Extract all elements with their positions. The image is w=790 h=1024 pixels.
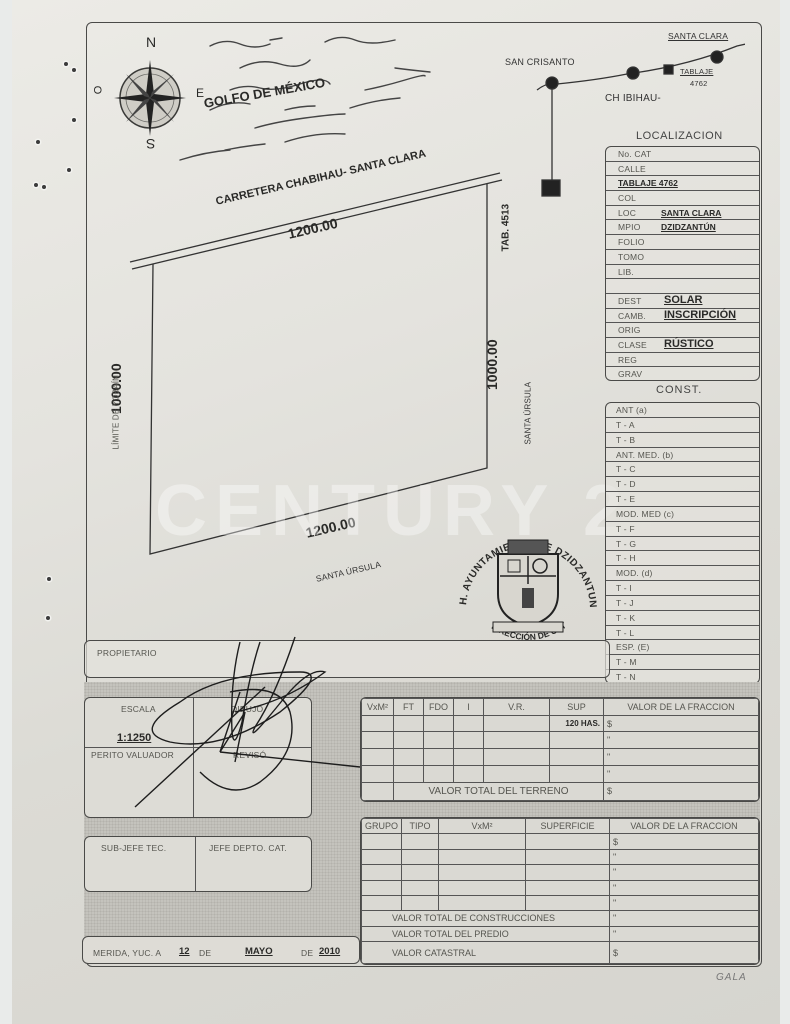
construcciones-cell [439, 880, 526, 895]
const-row-label: T - E [616, 494, 635, 504]
fecha-de2: DE [301, 948, 313, 958]
const-row-label: ANT (a) [616, 405, 647, 415]
localizacion-row-label: CAMB. [618, 311, 646, 321]
construcciones-cell [402, 849, 439, 864]
terreno-cell [454, 765, 484, 782]
const-row-label: T - K [616, 613, 635, 623]
terreno-cell [550, 732, 604, 749]
construcciones-cell [526, 834, 610, 849]
const-row-label: T - I [616, 583, 632, 593]
firmas-box: SUB-JEFE TEC. JEFE DEPTO. CAT. [84, 836, 312, 892]
boundary-northeast: TAB. 4513 [501, 204, 512, 252]
const-row-label: T - D [616, 479, 636, 489]
compass-north: N [146, 34, 156, 50]
const-title: CONST. [656, 384, 702, 396]
terreno-cell [454, 732, 484, 749]
localizacion-row: GRAV [606, 367, 759, 382]
construcciones-cell: " [610, 865, 759, 880]
construcciones-cell [402, 880, 439, 895]
const-row: T - K [606, 611, 759, 626]
boundary-west: LÍMITE DE YOBAÍN [112, 375, 121, 450]
terreno-cell [394, 765, 424, 782]
localizacion-row [606, 279, 759, 294]
construcciones-cell [402, 834, 439, 849]
localizacion-row: LOCSANTA CLARA [606, 206, 759, 221]
const-row: ESP. (E) [606, 640, 759, 655]
terreno-cell [550, 765, 604, 782]
construcciones-table: GRUPOTIPOVxM²SUPERFICIEVALOR DE LA FRACC… [360, 817, 760, 965]
localizacion-row: CAMB.INSCRIPCIÓN [606, 309, 759, 324]
construcciones-cell [362, 849, 402, 864]
const-row: T - C [606, 462, 759, 477]
signature-scribble [120, 632, 370, 812]
construcciones-header: TIPO [402, 819, 439, 834]
construcciones-cell [439, 849, 526, 864]
localizacion-row: MPIODZIDZANTÚN [606, 220, 759, 235]
town-santa-clara: SANTA CLARA [668, 31, 728, 41]
localizacion-row-label: GRAV [618, 369, 642, 379]
terreno-table: VxM²FTFDOIV.R.SUPVALOR DE LA FRACCION120… [360, 697, 760, 802]
tablaje-number: 4762 [690, 79, 708, 88]
localizacion-row-label: CLASE [618, 340, 647, 350]
punch-hole [46, 616, 50, 620]
terreno-cell: 120 HAS. [550, 715, 604, 732]
printer-mark: GALA [716, 972, 747, 983]
const-row-label: T - L [616, 628, 634, 638]
terreno-header: SUP [550, 699, 604, 716]
const-row: T - H [606, 551, 759, 566]
terreno-grid: VxM²FTFDOIV.R.SUPVALOR DE LA FRACCION120… [361, 698, 759, 801]
terreno-header: I [454, 699, 484, 716]
terreno-header: VALOR DE LA FRACCION [604, 699, 759, 716]
const-row: ANT (a) [606, 403, 759, 418]
fecha-day: 12 [179, 946, 190, 957]
localizacion-row-label: LIB. [618, 267, 634, 277]
localizacion-row-label: REG [618, 355, 637, 365]
localizacion-row: CLASERÚSTICO [606, 338, 759, 353]
terreno-header: FT [394, 699, 424, 716]
const-row-label: ANT. MED. (b) [616, 450, 673, 460]
punch-hole [67, 168, 71, 172]
localizacion-row-label: ORIG [618, 325, 641, 335]
construcciones-cell: " [610, 895, 759, 910]
construcciones-summary-label: VALOR CATASTRAL [362, 942, 610, 964]
localizacion-row-value: SANTA CLARA [661, 208, 721, 218]
fecha-de1: DE [199, 948, 211, 958]
const-row: MOD. MED (c) [606, 507, 759, 522]
town-chabihau: CH IBIHAU- [605, 93, 661, 104]
construcciones-cell [526, 895, 610, 910]
const-row-label: T - J [616, 598, 634, 608]
localizacion-table: No. CATCALLETABLAJE 4762COLLOCSANTA CLAR… [605, 146, 760, 381]
const-row: ANT. MED. (b) [606, 448, 759, 463]
dimension-east: 1000.00 [484, 339, 500, 390]
const-row-label: T - H [616, 553, 636, 563]
const-row: T - J [606, 596, 759, 611]
const-row-label: T - M [616, 657, 637, 667]
const-row: T - G [606, 537, 759, 552]
punch-hole [47, 577, 51, 581]
terreno-cell [424, 715, 454, 732]
const-row: T - A [606, 418, 759, 433]
boundary-east: SANTA ÚRSULA [524, 382, 533, 445]
localizacion-row-value: INSCRIPCIÓN [664, 309, 736, 321]
const-row: T - M [606, 655, 759, 670]
construcciones-cell [439, 865, 526, 880]
construcciones-cell [439, 834, 526, 849]
fecha-month: MAYO [245, 946, 273, 957]
construcciones-cell [526, 849, 610, 864]
localizacion-row: TOMO [606, 250, 759, 265]
localizacion-row-label: CALLE [618, 164, 646, 174]
const-row: T - E [606, 492, 759, 507]
localizacion-row-label: TOMO [618, 252, 644, 262]
punch-hole [64, 62, 68, 66]
const-row: T - I [606, 581, 759, 596]
punch-hole [34, 183, 38, 187]
const-row: T - L [606, 626, 759, 641]
localizacion-row-value: RÚSTICO [664, 338, 714, 350]
localizacion-row: FOLIO [606, 235, 759, 250]
punch-hole [42, 185, 46, 189]
const-row-label: MOD. (d) [616, 568, 653, 578]
compass-south: S [146, 136, 155, 152]
localizacion-row: CALLE [606, 162, 759, 177]
const-row-label: T - B [616, 435, 635, 445]
terreno-cell [394, 749, 424, 766]
punch-hole [72, 118, 76, 122]
fecha-year: 2010 [319, 946, 340, 957]
const-table: ANT (a)T - AT - BANT. MED. (b)T - CT - D… [605, 402, 760, 684]
construcciones-header: VALOR DE LA FRACCION [610, 819, 759, 834]
construcciones-summary-value: " [610, 926, 759, 941]
const-row: T - B [606, 433, 759, 448]
terreno-cell [394, 732, 424, 749]
localizacion-row-value: TABLAJE 4762 [618, 178, 678, 188]
terreno-cell [424, 749, 454, 766]
localizacion-row-value: DZIDZANTÚN [661, 222, 716, 232]
terreno-cell [550, 749, 604, 766]
fecha-prefix: MERIDA, YUC. A [93, 948, 161, 958]
compass-west: O [92, 86, 104, 95]
terreno-cell [484, 765, 550, 782]
terreno-cell [454, 715, 484, 732]
construcciones-cell [402, 895, 439, 910]
punch-hole [36, 140, 40, 144]
terreno-cell: " [604, 732, 759, 749]
construcciones-grid: GRUPOTIPOVxM²SUPERFICIEVALOR DE LA FRACC… [361, 818, 759, 964]
terreno-cell [362, 765, 394, 782]
terreno-cell [362, 715, 394, 732]
construcciones-cell [526, 865, 610, 880]
terreno-cell: $ [604, 715, 759, 732]
terreno-cell [484, 732, 550, 749]
construcciones-summary-value: $ [610, 942, 759, 964]
localizacion-row: LIB. [606, 265, 759, 280]
construcciones-summary-value: " [610, 911, 759, 926]
terreno-total-value: $ [604, 782, 759, 800]
localizacion-row-label: DEST [618, 296, 641, 306]
town-san-crisanto: SAN CRISANTO [505, 57, 575, 67]
construcciones-cell: " [610, 880, 759, 895]
terreno-cell [424, 765, 454, 782]
terreno-cell [484, 749, 550, 766]
fecha-box: MERIDA, YUC. A 12 DE MAYO DE 2010 [82, 936, 360, 964]
const-row-label: T - G [616, 539, 636, 549]
const-row-label: T - A [616, 420, 635, 430]
terreno-cell: " [604, 749, 759, 766]
localizacion-row-value: SOLAR [664, 294, 703, 306]
terreno-cell [454, 749, 484, 766]
punch-hole [72, 68, 76, 72]
construcciones-header: GRUPO [362, 819, 402, 834]
construcciones-summary-label: VALOR TOTAL DE CONSTRUCCIONES [362, 911, 610, 926]
localizacion-row-label: MPIO [618, 222, 641, 232]
terreno-header: FDO [424, 699, 454, 716]
localizacion-row: DESTSOLAR [606, 294, 759, 309]
localizacion-row-label: LOC [618, 208, 636, 218]
localizacion-row: TABLAJE 4762 [606, 176, 759, 191]
localizacion-title: LOCALIZACION [636, 130, 723, 142]
terreno-cell [394, 715, 424, 732]
const-row-label: MOD. MED (c) [616, 509, 674, 519]
terreno-cell [362, 732, 394, 749]
construcciones-cell: " [610, 849, 759, 864]
const-row: T - D [606, 477, 759, 492]
terreno-total-label: VALOR TOTAL DEL TERRENO [394, 782, 604, 800]
jefe-depto-label: JEFE DEPTO. CAT. [209, 843, 287, 853]
terreno-cell [484, 715, 550, 732]
terreno-cell: " [604, 765, 759, 782]
const-row: T - F [606, 522, 759, 537]
const-row: MOD. (d) [606, 566, 759, 581]
construcciones-cell [362, 895, 402, 910]
construcciones-header: SUPERFICIE [526, 819, 610, 834]
terreno-cell [424, 732, 454, 749]
localizacion-row: No. CAT [606, 147, 759, 162]
tablaje-label: TABLAJE [680, 67, 713, 76]
construcciones-cell [402, 865, 439, 880]
const-row-label: T - C [616, 464, 636, 474]
construcciones-cell [439, 895, 526, 910]
localizacion-row-label: No. CAT [618, 149, 651, 159]
construcciones-cell [362, 834, 402, 849]
construcciones-header: VxM² [439, 819, 526, 834]
localizacion-row: ORIG [606, 323, 759, 338]
localizacion-row: REG [606, 353, 759, 368]
const-row-label: T - F [616, 524, 635, 534]
terreno-cell [362, 749, 394, 766]
construcciones-cell [362, 865, 402, 880]
construcciones-cell [526, 880, 610, 895]
construcciones-cell: $ [610, 834, 759, 849]
const-row-label: ESP. (E) [616, 642, 650, 652]
construcciones-summary-label: VALOR TOTAL DEL PREDIO [362, 926, 610, 941]
construcciones-cell [362, 880, 402, 895]
terreno-header: V.R. [484, 699, 550, 716]
sub-jefe-label: SUB-JEFE TEC. [101, 843, 166, 853]
localizacion-row-label: FOLIO [618, 237, 645, 247]
terreno-header: VxM² [362, 699, 394, 716]
localizacion-row-label: COL [618, 193, 636, 203]
const-row-label: T - N [616, 672, 636, 682]
localizacion-row: COL [606, 191, 759, 206]
